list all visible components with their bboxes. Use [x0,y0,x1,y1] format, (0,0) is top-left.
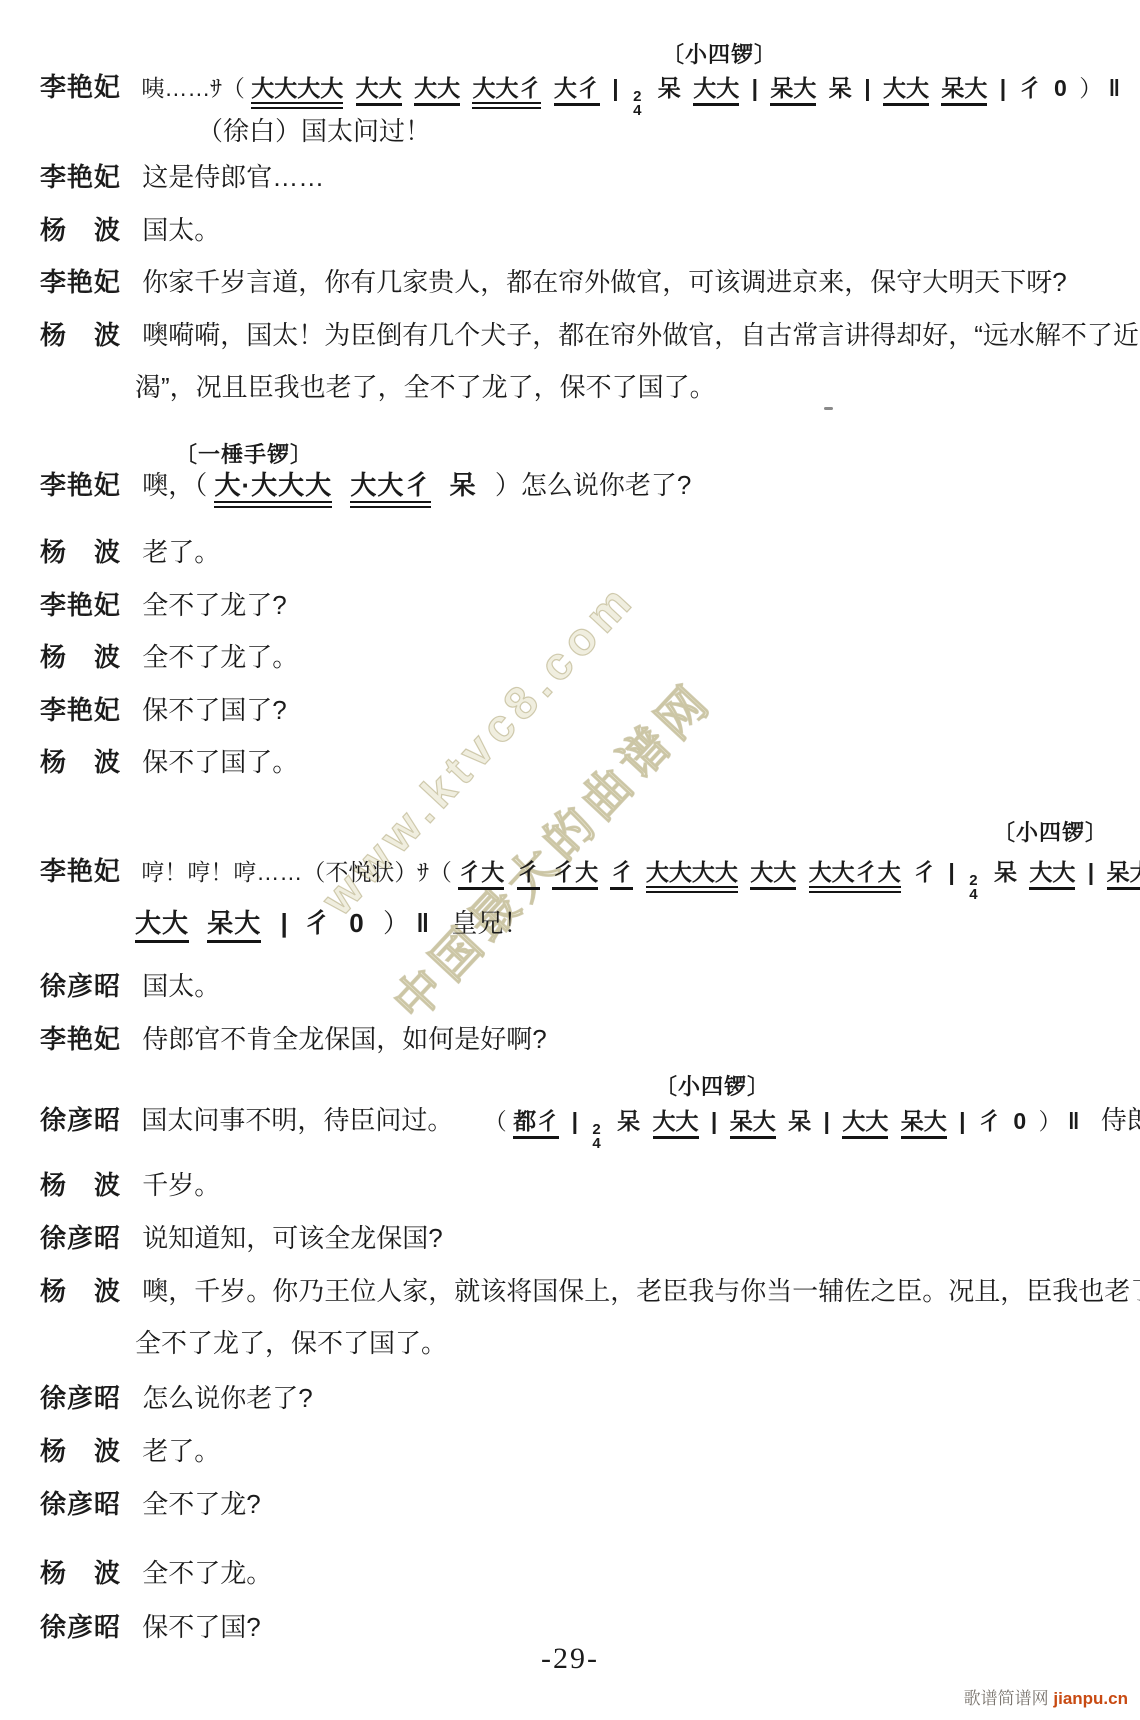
footer-domain: jianpu.cn [1053,1689,1128,1708]
watermark-text: 中国最大的曲谱网 [375,664,726,1033]
dialog-text: 噢，（ [142,470,207,500]
notation-group: 呆 [994,859,1017,885]
time-signature-denominator: 4 [592,1137,600,1151]
notation-group: 大大 [693,75,739,106]
notation-group: 呆大 [941,75,987,106]
dialog-line: 杨 波 噢嗬嗬，国太！为臣倒有几个犬子，都在帘外做官，自古常言讲得却好，“远水解… [40,320,1139,351]
notation-group: 呆 [617,1108,640,1134]
speaker-name: 杨 波 [40,1558,135,1589]
notation-group: 彳大 [458,859,504,890]
gong-label: 〔小四锣〕 [655,1070,770,1101]
speaker-name: 李艳妃 [40,856,135,887]
dialog-text: 噢嗬嗬，国太！为臣倒有几个犬子，都在帘外做官，自古常言讲得却好，“远水解不了近 [142,320,1139,350]
barline: | [752,75,758,101]
notation-group: 大大 [356,75,402,106]
notation-group: 大大 [750,859,796,890]
speaker-name: 徐彦昭 [40,1612,135,1643]
speaker-name: 徐彦昭 [40,1223,135,1254]
dialog-line: 徐彦昭 说知道知，可该全龙保国? [40,1223,443,1254]
notation-group: 呆大 [770,75,816,106]
notation-group: 大大彳 [472,75,541,109]
notation-group: 彳大 [552,859,598,890]
barline: | [281,908,288,938]
dialog-line: 杨 波 国太。 [40,215,220,246]
notation-group: 大大 [1029,859,1075,890]
notation-group: 呆大 [207,908,261,943]
notation-group: 大·大大大 [214,470,332,508]
continuation-line: 全不了龙了，保不了国了。 [135,1328,447,1359]
dialog-text: 国太。 [142,971,220,1001]
gong-label: 〔小四锣〕 [993,816,1108,847]
open-paren: （ [484,1108,507,1134]
speaker-name: 李艳妃 [40,695,135,726]
gong-label: 〔一棰手锣〕 [175,438,313,469]
gong-label: 〔小四锣〕 [662,38,777,69]
dialog-text: 咦……ｻ（ [141,75,245,101]
dialog-line: 李艳妃 侍郎官不肯全龙保国，如何是好啊? [40,1024,547,1055]
barline: | [864,75,870,101]
dialog-line: 徐彦昭 全不了龙? [40,1489,261,1520]
notation-group: 大大大大 [646,859,738,893]
time-signature: 24 [633,90,641,119]
notation-group: 0 [1054,75,1067,101]
barline: | [959,1108,965,1134]
dialog-line: 李艳妃 咦……ｻ（ 大大大大 大大 大大 大大彳 大彳 | 24 呆 大大 | … [40,72,1135,119]
notation-group: 大彳 [554,75,600,106]
speaker-name: 李艳妃 [40,470,135,501]
end-barline: ‖ [1109,75,1119,101]
dialog-text: 侍郎官！ [1101,1105,1140,1135]
notation-group: 大大 [135,908,189,943]
score-page: www.ktvc8.com 中国最大的曲谱网 〔小四锣〕 李艳妃 咦……ｻ（ 大… [0,0,1140,1720]
notation-group: 呆 [658,75,681,101]
dialog-text: ）怎么说你老了? [495,470,691,500]
speaker-name: 李艳妃 [40,162,135,193]
dialog-line: 李艳妃 噢，（ 大·大大大 大大彳 呆 ）怎么说你老了? [40,470,691,501]
time-signature: 24 [969,874,977,903]
continuation-text: 全不了龙了，保不了国了。 [135,1328,447,1358]
notation-group: 大大 [414,75,460,106]
notation-group: 0 [349,908,364,938]
dialog-line: 杨 波 全不了龙了。 [40,642,298,673]
speaker-name: 杨 波 [40,1436,135,1467]
notation-group: 彳 [517,859,540,890]
speaker-name: 杨 波 [40,1170,135,1201]
notation-group: 呆 [829,75,852,101]
barline: | [612,75,618,101]
dialog-line: 徐彦昭 怎么说你老了? [40,1383,313,1414]
notation-group: 彳 [1019,75,1042,101]
speaker-name: 杨 波 [40,537,135,568]
notation-group: 大大 [883,75,929,106]
stray-mark [824,407,833,410]
dialog-line: 杨 波 老了。 [40,1436,220,1467]
speaker-name: 杨 波 [40,1276,135,1307]
notation-group: 大大彳 [350,470,431,508]
close-paren: ） [1079,75,1102,101]
dialog-text: 国太问事不明，待臣问过。 [141,1105,453,1135]
notation-group: 大大大大 [251,75,343,109]
continuation-line: 大大 呆大 | 彳 0 ） ‖ 皇兄！ [135,908,529,939]
dialog-text: 全不了龙。 [142,1558,272,1588]
speaker-name: 李艳妃 [40,1024,135,1055]
speaker-name: 李艳妃 [40,267,135,298]
barline: | [711,1108,717,1134]
continuation-line: 渴”，况且臣我也老了，全不了龙了，保不了国了。 [135,372,716,403]
notation-group: 呆 [450,470,477,500]
dialog-line: 杨 波 老了。 [40,537,220,568]
continuation-text: 渴”，况且臣我也老了，全不了龙了，保不了国了。 [135,372,716,402]
dialog-text: 皇兄！ [451,908,529,938]
dialog-line: 杨 波 千岁。 [40,1170,220,1201]
barline: | [572,1108,578,1134]
dialog-text: 千岁。 [142,1170,220,1200]
notation-group: 彳 [913,859,936,885]
speaker-name: 杨 波 [40,747,135,778]
dialog-line: 李艳妃 全不了龙了? [40,590,287,621]
close-paren: ） [1039,1108,1062,1134]
footer-site: 歌谱简谱网 [964,1689,1054,1708]
dialog-text: 怎么说你老了? [142,1383,312,1413]
speaker-name: 徐彦昭 [40,1383,135,1414]
notation-group: 彳 [610,859,633,890]
time-signature-denominator: 4 [633,104,641,118]
dialog-line: 杨 波 全不了龙。 [40,1558,272,1589]
dialog-text: 说知道知，可该全龙保国? [142,1223,442,1253]
barline: | [824,1108,830,1134]
end-barline: ‖ [1068,1108,1078,1134]
barline: | [948,859,954,885]
dialog-text: 保不了国? [142,1612,260,1642]
dialog-text: 这是侍郎官…… [142,162,324,192]
dialog-line: 杨 波 噢，千岁。你乃王位人家，就该将国保上，老臣我与你当一辅佐之臣。况且，臣我… [40,1276,1140,1307]
speaker-name: 徐彦昭 [40,1489,135,1520]
dialog-text: 保不了国了。 [142,747,298,777]
dialog-text: 你家千岁言道，你有几家贵人，都在帘外做官，可该调进京来，保守大明天下呀? [142,267,1066,297]
speaker-name: 李艳妃 [40,72,135,103]
dialog-text: 保不了国了? [142,695,286,725]
speaker-name: 徐彦昭 [40,1105,135,1136]
dialog-text: 哼！哼！哼……（不悦状）ｻ（ [141,859,452,885]
notation-group: 大大彳大 [809,859,901,893]
dialog-line: 杨 波 保不了国了。 [40,747,298,778]
barline: | [1088,859,1094,885]
dialog-text: 全不了龙了? [142,590,286,620]
dialog-line: 徐彦昭 国太问事不明，待臣问过。 （ 都彳 | 24 呆 大大 | 呆大 呆 |… [40,1105,1140,1152]
notation-group: 0 [1013,1108,1026,1134]
dialog-text: 老了。 [142,1436,220,1466]
dialog-text: 全不了龙? [142,1489,260,1519]
dialog-line: 李艳妃 这是侍郎官…… [40,162,324,193]
page-number: -29- [0,1642,1140,1676]
notation-group: 呆大 [901,1108,947,1139]
speaker-name: 杨 波 [40,320,135,351]
dialog-line: 李艳妃 你家千岁言道，你有几家贵人，都在帘外做官，可该调进京来，保守大明天下呀? [40,267,1067,298]
close-paren: ） [383,908,409,938]
speaker-name: 徐彦昭 [40,971,135,1002]
dialog-line: 徐彦昭 国太。 [40,971,220,1002]
notation-group: 呆大 [1107,859,1140,890]
time-signature-denominator: 4 [969,888,977,902]
barline: | [1000,75,1006,101]
notation-group: 彳 [978,1108,1001,1134]
speaker-name: 杨 波 [40,642,135,673]
notation-group: 都彳 [513,1108,559,1139]
notation-group: 呆 [788,1108,811,1134]
dialog-line: 徐彦昭 保不了国? [40,1612,261,1643]
notation-group: 大大 [842,1108,888,1139]
dialog-text: 侍郎官不肯全龙保国，如何是好啊? [142,1024,546,1054]
notation-group: 彳 [304,908,331,938]
speaker-name: 杨 波 [40,215,135,246]
speaker-name: 李艳妃 [40,590,135,621]
aside-line: （徐白）国太问过！ [197,116,431,147]
dialog-line: 李艳妃 保不了国了? [40,695,287,726]
dialog-text: 全不了龙了。 [142,642,298,672]
end-barline: ‖ [416,908,428,938]
dialog-line: 李艳妃 哼！哼！哼……（不悦状）ｻ（ 彳大 彳 彳大 彳 大大大大 大大 大大彳… [40,856,1140,903]
footer-credit: 歌谱简谱网 jianpu.cn [964,1684,1128,1709]
time-signature: 24 [592,1123,600,1152]
dialog-text: 噢，千岁。你乃王位人家，就该将国保上，老臣我与你当一辅佐之臣。况且，臣我也老了， [142,1276,1140,1306]
aside-text: （徐白）国太问过！ [197,116,431,146]
dialog-text: 国太。 [142,215,220,245]
notation-group: 呆大 [730,1108,776,1139]
dialog-text: 老了。 [142,537,220,567]
notation-group: 大大 [653,1108,699,1139]
